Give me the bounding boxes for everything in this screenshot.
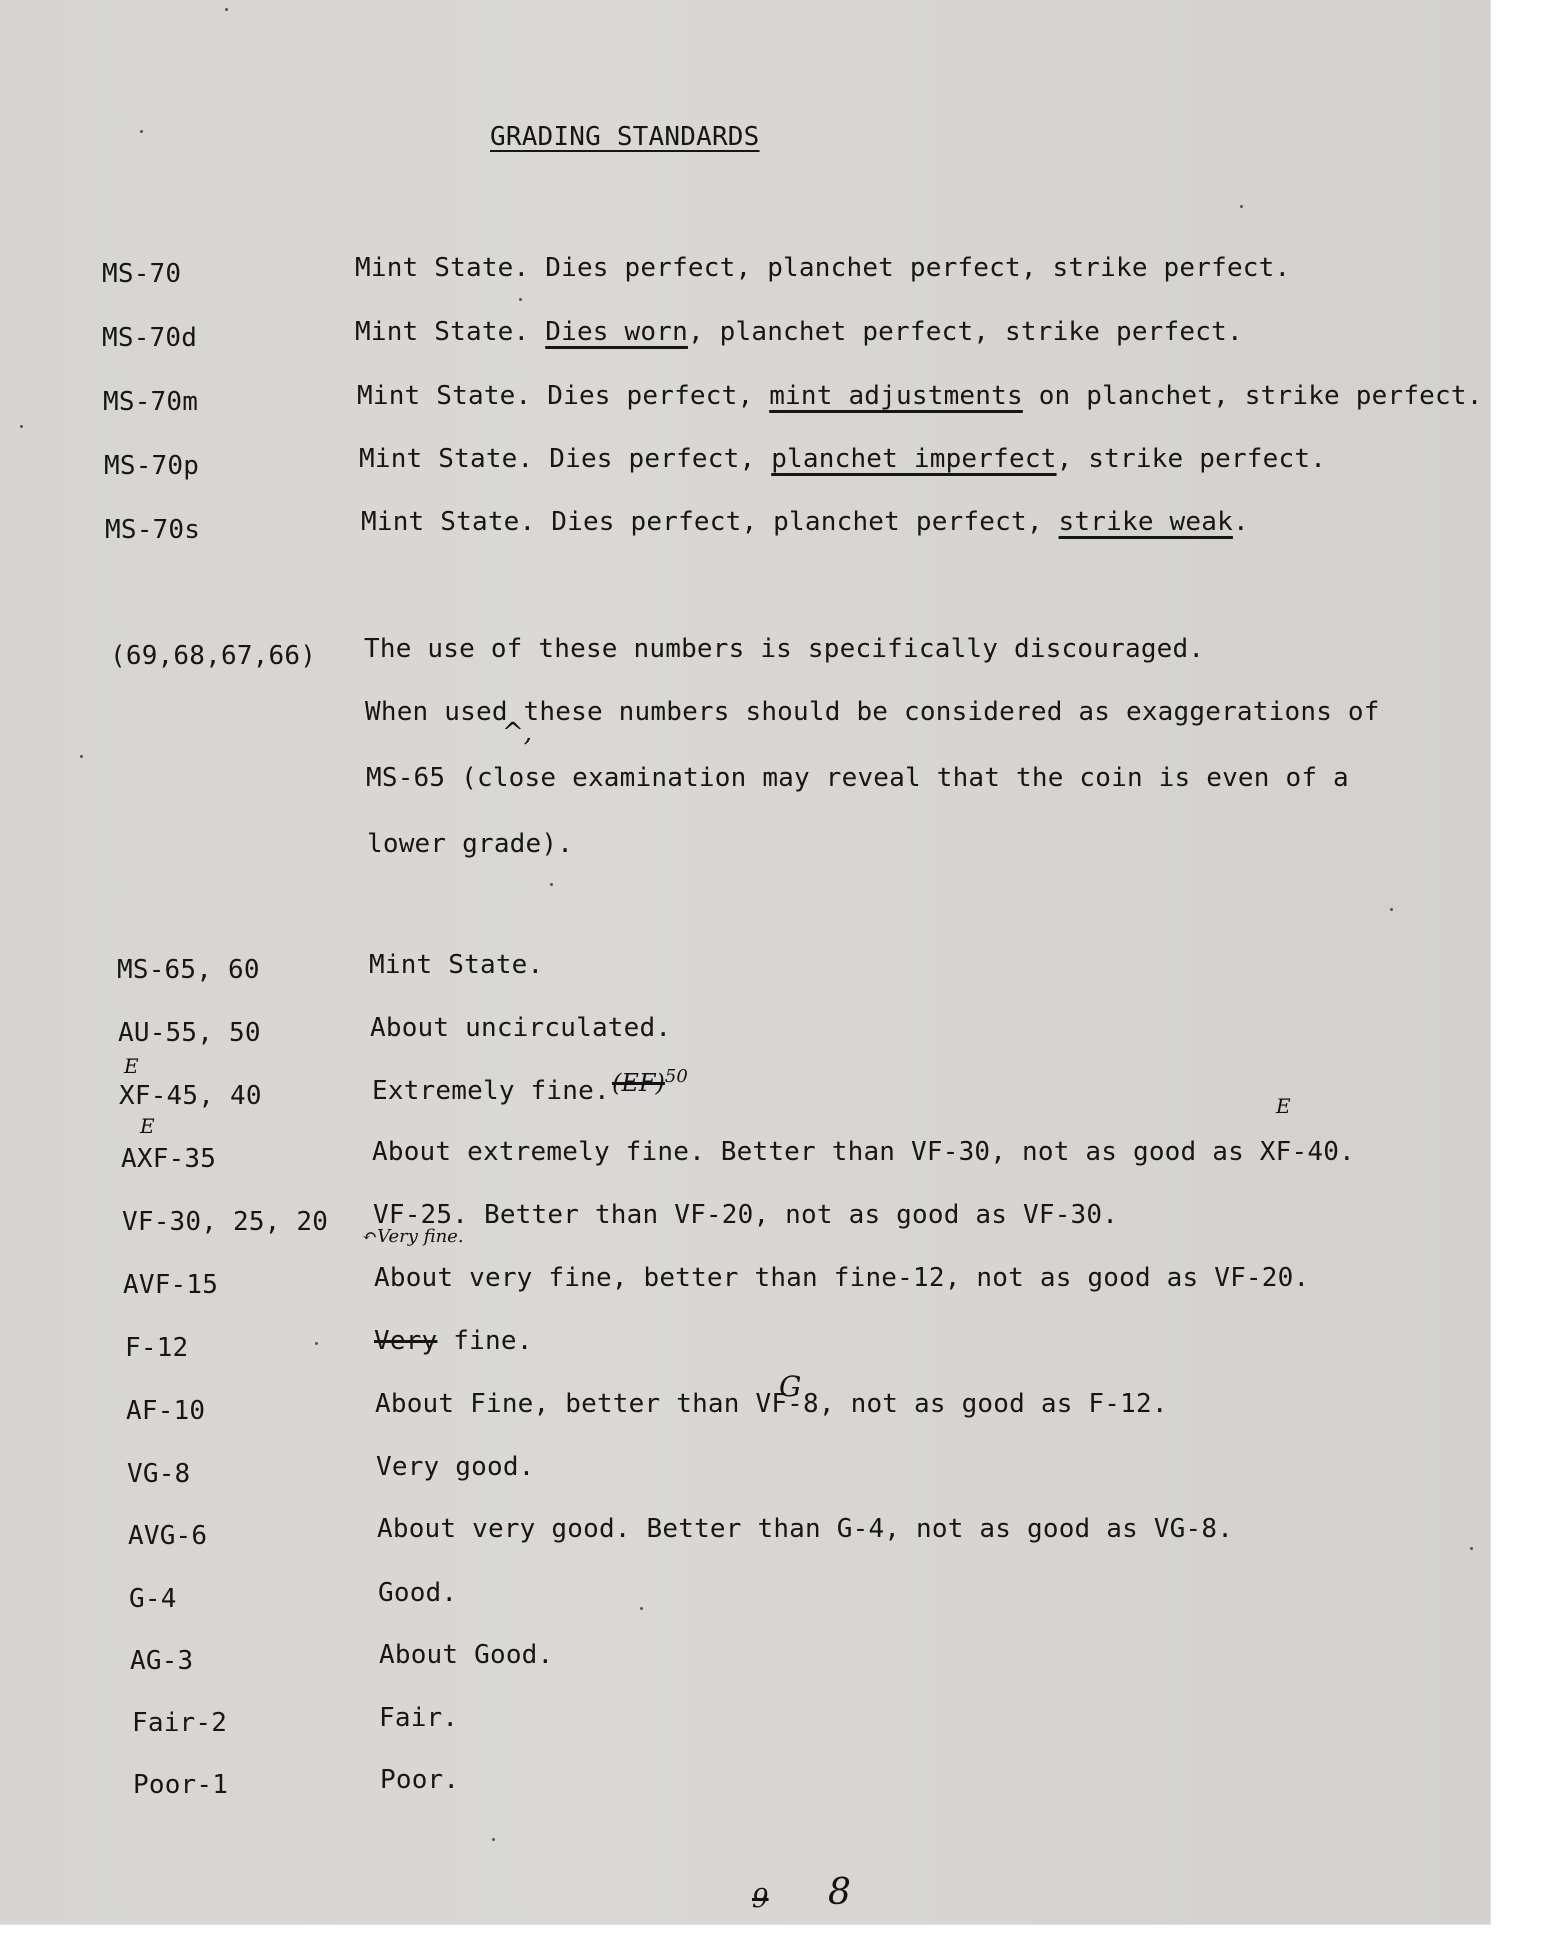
scan-speck: [519, 298, 522, 301]
scan-speck: [1390, 908, 1393, 911]
grade-label: AVF-15: [123, 1270, 218, 1300]
grade-label: MS-70: [102, 259, 181, 289]
grade-description: Mint State. Dies perfect, planchet perfe…: [361, 507, 1249, 537]
grade-description: About very fine, better than fine-12, no…: [374, 1263, 1309, 1293]
grade-label: AVG-6: [128, 1521, 207, 1551]
discouraged-line: lower grade).: [367, 829, 573, 859]
scanned-page: GRADING STANDARDS MS-70 Mint State. Dies…: [0, 0, 1491, 1925]
underlined-phrase: mint adjustments: [769, 381, 1023, 411]
current-page-number: 8: [828, 1872, 851, 1913]
grade-label: AG-3: [130, 1646, 193, 1676]
grade-label: VF-30, 25, 20: [122, 1207, 328, 1237]
grade-label: G-4: [129, 1584, 177, 1614]
handwritten-g-correction: G: [779, 1370, 801, 1403]
grade-label: Fair-2: [132, 1708, 227, 1738]
grade-label: VG-8: [127, 1459, 190, 1489]
grade-label: (69,68,67,66): [110, 641, 316, 671]
page-title: GRADING STANDARDS: [490, 122, 760, 152]
grade-label: Poor-1: [133, 1770, 228, 1800]
grade-label: AXF-35: [121, 1144, 216, 1174]
scan-speck: [492, 1838, 495, 1841]
grade-description: About very good. Better than G-4, not as…: [377, 1514, 1233, 1544]
grade-label: AU-55, 50: [118, 1018, 261, 1048]
scan-speck: [1240, 205, 1243, 208]
grade-description: Mint State. Dies worn, planchet perfect,…: [355, 317, 1243, 347]
grade-description: Extremely fine.: [372, 1076, 610, 1106]
handwritten-comma-insert: ^,: [502, 718, 532, 748]
grade-description: Mint State. Dies perfect, planchet perfe…: [355, 253, 1290, 283]
grade-description: VF-25. Better than VF-20, not as good as…: [373, 1200, 1118, 1230]
handwritten-e-mark: E: [124, 1054, 139, 1078]
handwritten-e-mark: E: [1276, 1094, 1291, 1118]
handwritten-very-fine-note: ↶Very fine.: [362, 1226, 464, 1247]
grade-description: Very good.: [376, 1452, 535, 1482]
scan-speck: [550, 883, 553, 886]
scan-speck: [640, 1607, 643, 1610]
scan-speck: [315, 1342, 318, 1345]
grade-description: Mint State. Dies perfect, planchet imper…: [359, 444, 1326, 474]
grade-label: MS-70s: [105, 515, 200, 545]
grade-description: About Fine, better than VF-8, not as goo…: [375, 1389, 1168, 1419]
scan-speck: [1470, 1547, 1473, 1550]
grade-description: About extremely fine. Better than VF-30,…: [372, 1137, 1355, 1167]
underlined-phrase: strike weak: [1059, 507, 1233, 537]
grade-label: MS-70m: [103, 387, 198, 417]
grade-label: F-12: [125, 1333, 188, 1363]
handwritten-ef-note: (EF)50: [612, 1066, 688, 1097]
discouraged-line: MS-65 (close examination may reveal that…: [366, 763, 1349, 793]
discouraged-line: The use of these numbers is specifically…: [364, 634, 1204, 664]
scan-speck: [80, 755, 83, 758]
grade-description: Poor.: [380, 1765, 459, 1795]
scan-speck: [140, 130, 143, 133]
underlined-phrase: planchet imperfect: [771, 444, 1056, 474]
struck-page-number: 9: [752, 1884, 769, 1914]
grade-description: Mint State.: [369, 950, 543, 980]
grade-description: Very fine.: [374, 1326, 533, 1356]
grade-description: Fair.: [379, 1703, 458, 1733]
grade-label: MS-70p: [104, 451, 199, 481]
grade-label: MS-70d: [102, 323, 197, 353]
scan-speck: [20, 425, 23, 428]
handwritten-e-mark: E: [140, 1114, 155, 1138]
grade-label: AF-10: [126, 1396, 205, 1426]
grade-description: Good.: [378, 1578, 457, 1608]
grade-description: About Good.: [379, 1640, 553, 1670]
grade-description: About uncirculated.: [370, 1013, 671, 1043]
underlined-phrase: Dies worn: [545, 317, 688, 347]
grade-label: XF-45, 40: [119, 1081, 262, 1111]
scan-speck: [225, 8, 228, 11]
grade-description: Mint State. Dies perfect, mint adjustmen…: [357, 381, 1483, 411]
grade-label: MS-65, 60: [117, 955, 260, 985]
struck-word: Very: [374, 1326, 437, 1356]
